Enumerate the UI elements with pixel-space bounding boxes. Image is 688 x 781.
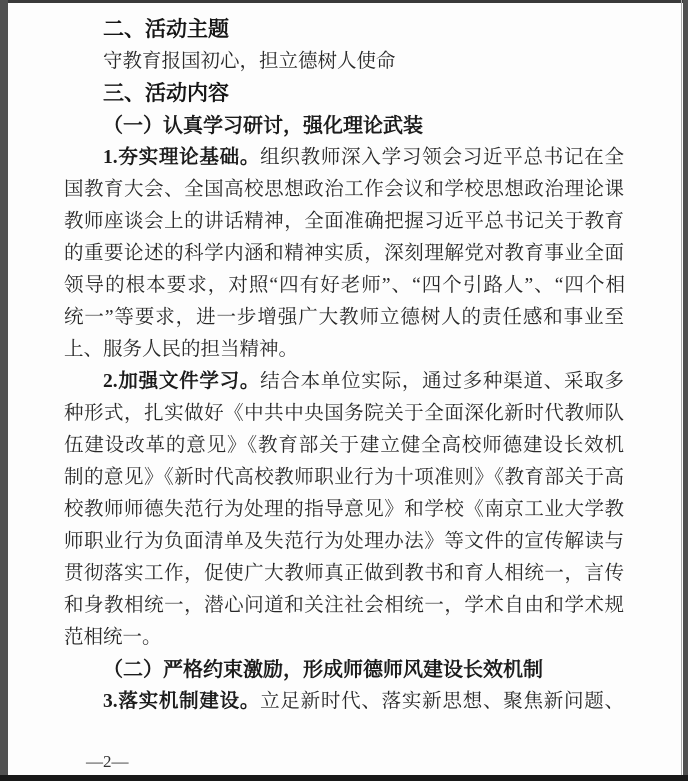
paragraph-text-run: 组织教师深入学习领会习近平总书记在全 bbox=[260, 147, 624, 168]
paragraph-text-run: 立足新时代、落实新思想、聚焦新问题、 bbox=[260, 691, 624, 712]
scanned-document-page: 二、活动主题 守教育报国初心，担立德树人使命 三、活动内容 （一）认真学习研讨，… bbox=[0, 0, 688, 781]
text-line: 师职业行为负面清单及失范行为处理办法》等文件的宣传解读与 bbox=[64, 526, 624, 558]
paragraph-text-run: 结合本单位实际，通过多种渠道、采取多 bbox=[260, 371, 624, 392]
paragraph-title-run: 2.加强文件学习。 bbox=[103, 371, 260, 392]
text-line: 领导的根本要求，对照“四有好老师”、“四个引路人”、“四个相 bbox=[64, 270, 624, 302]
scan-edge-bottom bbox=[0, 775, 688, 781]
paragraph-lead-line: 1.夯实理论基础。组织教师深入学习领会习近平总书记在全 bbox=[64, 142, 624, 174]
text-line: 国教育大会、全国高校思想政治工作会议和学校思想政治理论课 bbox=[64, 174, 624, 206]
section-heading-3: 三、活动内容 bbox=[64, 78, 624, 110]
text-line: 的重要论述的科学内涵和精神实质，深刻理解党对教育事业全面 bbox=[64, 238, 624, 270]
paragraph-lead-line: 2.加强文件学习。结合本单位实际，通过多种渠道、采取多 bbox=[64, 366, 624, 398]
scan-edge-top bbox=[0, 0, 688, 3]
paragraph-title-run: 3.落实机制建设。 bbox=[103, 691, 260, 712]
subsection-heading-1: （一）认真学习研讨，强化理论武装 bbox=[64, 110, 624, 142]
page-right-border-line bbox=[681, 0, 682, 781]
text-line: 统一”等要求，进一步增强广大教师立德树人的责任感和事业至 bbox=[64, 302, 624, 334]
theme-statement-line: 守教育报国初心，担立德树人使命 bbox=[64, 46, 624, 78]
paragraph-title-run: 1.夯实理论基础。 bbox=[103, 147, 260, 168]
page-number: —2— bbox=[86, 750, 129, 774]
subsection-heading-2: （二）严格约束激励，形成师德师风建设长效机制 bbox=[64, 654, 624, 686]
text-line: 教师座谈会上的讲话精神，全面准确把握习近平总书记关于教育 bbox=[64, 206, 624, 238]
text-line: 伍建设改革的意见》《教育部关于建立健全高校师德建设长效机 bbox=[64, 430, 624, 462]
text-line: 校教师师德失范行为处理的指导意见》和学校《南京工业大学教 bbox=[64, 494, 624, 526]
scan-edge-right bbox=[683, 0, 688, 781]
section-heading-2: 二、活动主题 bbox=[64, 14, 624, 46]
paragraph-end-line: 上、服务人民的担当精神。 bbox=[64, 334, 624, 366]
scan-edge-left bbox=[0, 0, 8, 781]
paragraph-end-line: 范相统一。 bbox=[64, 622, 624, 654]
text-line: 种形式，扎实做好《中共中央国务院关于全面深化新时代教师队 bbox=[64, 398, 624, 430]
text-line: 和身教相统一，潜心问道和关注社会相统一，学术自由和学术规 bbox=[64, 590, 624, 622]
text-line: 贯彻落实工作，促使广大教师真正做到教书和育人相统一，言传 bbox=[64, 558, 624, 590]
text-line: 制的意见》《新时代高校教师职业行为十项准则》《教育部关于高 bbox=[64, 462, 624, 494]
paragraph-lead-line: 3.落实机制建设。立足新时代、落实新思想、聚焦新问题、 bbox=[64, 686, 624, 718]
document-body: 二、活动主题 守教育报国初心，担立德树人使命 三、活动内容 （一）认真学习研讨，… bbox=[64, 14, 624, 718]
